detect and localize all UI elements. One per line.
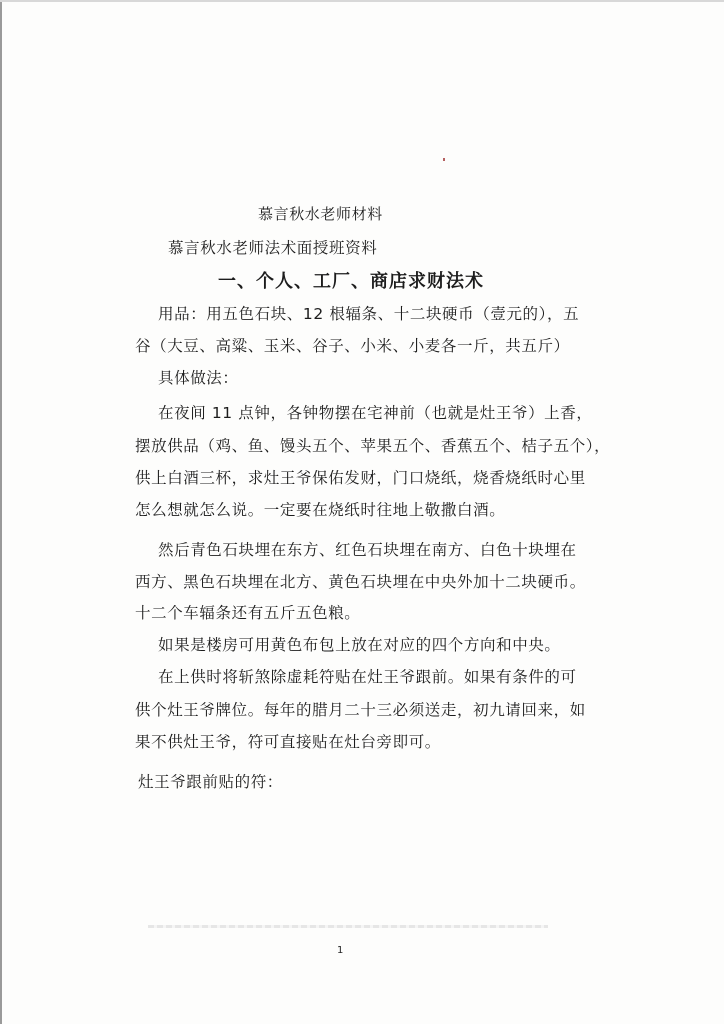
paragraph-line: 在夜间 11 点钟，各钟物摆在宅神前（也就是灶王爷）上香， [158,401,592,423]
method-label: 具体做法： [158,366,239,388]
paragraph-line: 如果是楼房可用黄色布包上放在对应的四个方向和中央。 [158,633,561,655]
paragraph-line: 供个灶王爷牌位。每年的腊月二十三必须送走，初九请回来，如 [135,698,586,720]
document-page: 慕言秋水老师材料 慕言秋水老师法术面授班资料 一、个人、工厂、商店求财法术 用品… [0,0,724,1024]
paragraph-line: 供上白酒三杯，求灶王爷保佑发财，门口烧纸，烧香烧纸时心里 [135,466,586,488]
scan-speck [443,158,445,161]
talisman-label: 灶王爷跟前贴的符： [138,770,283,792]
materials-line-2: 谷（大豆、高粱、玉米、谷子、小米、小麦各一斤，共五斤） [135,334,570,356]
paragraph-line: 摆放供品（鸡、鱼、馒头五个、苹果五个、香蕉五个、桔子五个）， [135,434,610,456]
section-heading: 一、个人、工厂、商店求财法术 [218,267,484,293]
paragraph-line: 然后青色石块埋在东方、红色石块埋在南方、白色十块埋在 [158,538,577,560]
paragraph-line: 在上供时将斩煞除虚耗符贴在灶王爷跟前。如果有条件的可 [158,665,577,687]
bleed-through-rule [148,925,548,928]
paragraph-line: 十二个车辐条还有五斤五色粮。 [135,601,360,623]
paragraph-line: 怎么想就怎么说。一定要在烧纸时往地上敬撒白酒。 [135,498,505,520]
materials-line-1: 用品：用五色石块、12 根辐条、十二块硬币（壹元的），五 [158,302,579,324]
paragraph-line: 果不供灶王爷，符可直接贴在灶台旁即可。 [135,730,441,752]
paragraph-line: 西方、黑色石块埋在北方、黄色石块埋在中央外加十二块硬币。 [135,570,586,592]
document-subtitle: 慕言秋水老师法术面授班资料 [168,236,377,258]
document-title: 慕言秋水老师材料 [258,203,383,224]
page-number: 1 [337,945,343,956]
